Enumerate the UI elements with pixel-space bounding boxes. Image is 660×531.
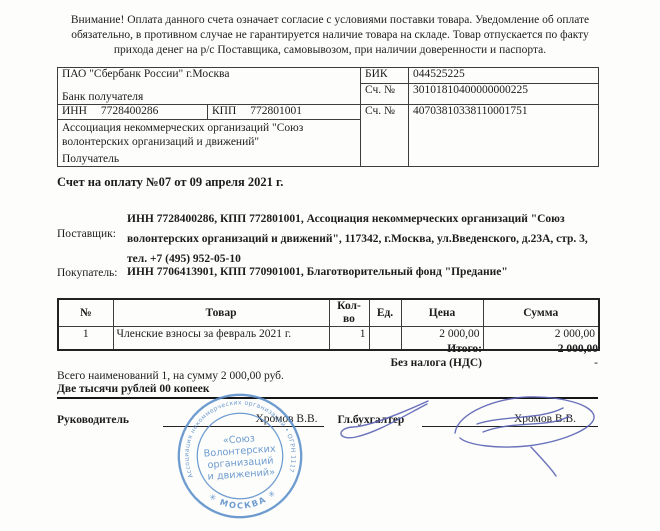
buyer-block: Покупатель: ИНН 7706413901, КПП 77090100… (57, 263, 598, 280)
bik-label: БИК (361, 68, 409, 84)
buyer-label: Покупатель: (57, 263, 127, 280)
vat-row: Без налога (НДС) - (57, 356, 598, 370)
col-header-price: Цена (401, 299, 483, 327)
bank-cell: ПАО "Сбербанк России" г.Москва Банк полу… (58, 68, 361, 105)
bank-name: ПАО "Сбербанк России" г.Москва (62, 68, 356, 81)
director-label: Руководитель (57, 414, 163, 427)
kpp-label: КПП (212, 105, 236, 117)
items-count-line: Всего наименований 1, на сумму 2 000,00 … (57, 370, 284, 382)
inn-value: 7728400286 (101, 105, 159, 117)
bank-details-table: ПАО "Сбербанк России" г.Москва Банк полу… (57, 67, 599, 167)
accountant-signature-line: Хромов В.В. (422, 412, 599, 427)
receiver-cell: Ассоциация некоммерческих организаций "С… (58, 120, 361, 167)
total-value: 2 000,00 (482, 342, 598, 356)
accountant-label: Гл.бухгалтер (338, 414, 422, 427)
supplier-label: Поставщик: (57, 207, 127, 269)
signatures-row: Руководитель Хромов В.В. Гл.бухгалтер Хр… (57, 406, 598, 427)
signature-section-divider (57, 397, 598, 399)
totals-block: Итого: 2 000,00 Без налога (НДС) - (57, 342, 598, 370)
supplier-block: Поставщик: ИНН 7728400286, КПП 772801001… (57, 207, 598, 269)
bank-row-inn-kpp: ИНН7728400286 КПП772801001 Сч. № 4070381… (58, 105, 599, 120)
bik-value: 044525225 (409, 68, 599, 84)
receiver-name: Ассоциация некоммерческих организаций "С… (62, 120, 356, 149)
account-value: 40703810338110001751 (409, 105, 599, 167)
supplier-value: ИНН 7728400286, КПП 772801001, Ассоциаци… (127, 207, 593, 269)
vat-value: - (482, 356, 598, 370)
col-header-qty: Кол-во (329, 299, 369, 327)
accountant-name: Хромов В.В. (514, 413, 576, 425)
invoice-title: Счет на оплату №07 от 09 апреля 2021 г. (57, 175, 283, 190)
accountant-signature-ink (531, 447, 556, 476)
col-header-sum: Сумма (483, 299, 599, 327)
inn-cell: ИНН7728400286 (58, 105, 208, 120)
inn-label: ИНН (62, 105, 87, 117)
receiver-label: Получатель (62, 153, 356, 166)
bank-label: Банк получателя (62, 91, 356, 104)
organization-stamp: Ассоциация некоммерческих организаций • … (167, 383, 312, 528)
account-label: Сч. № (361, 105, 409, 167)
buyer-value: ИНН 7706413901, КПП 770901001, Благотвор… (127, 263, 593, 280)
col-header-unit: Ед. (369, 299, 401, 327)
items-header-row: № Товар Кол-во Ед. Цена Сумма (58, 299, 599, 327)
corr-account-label: Сч. № (361, 84, 409, 105)
payment-warning-text: Внимание! Оплата данного счета означает … (60, 13, 600, 58)
total-label: Итого: (57, 342, 482, 356)
invoice-document: Внимание! Оплата данного счета означает … (0, 0, 660, 531)
total-row: Итого: 2 000,00 (57, 342, 598, 356)
corr-account-value: 30101810400000000225 (409, 84, 599, 105)
bank-row-bik: ПАО "Сбербанк России" г.Москва Банк полу… (58, 68, 599, 84)
kpp-cell: КПП772801001 (208, 105, 361, 120)
col-header-num: № (58, 299, 113, 327)
vat-label: Без налога (НДС) (57, 356, 482, 370)
col-header-product: Товар (113, 299, 329, 327)
kpp-value: 772801001 (250, 105, 302, 117)
